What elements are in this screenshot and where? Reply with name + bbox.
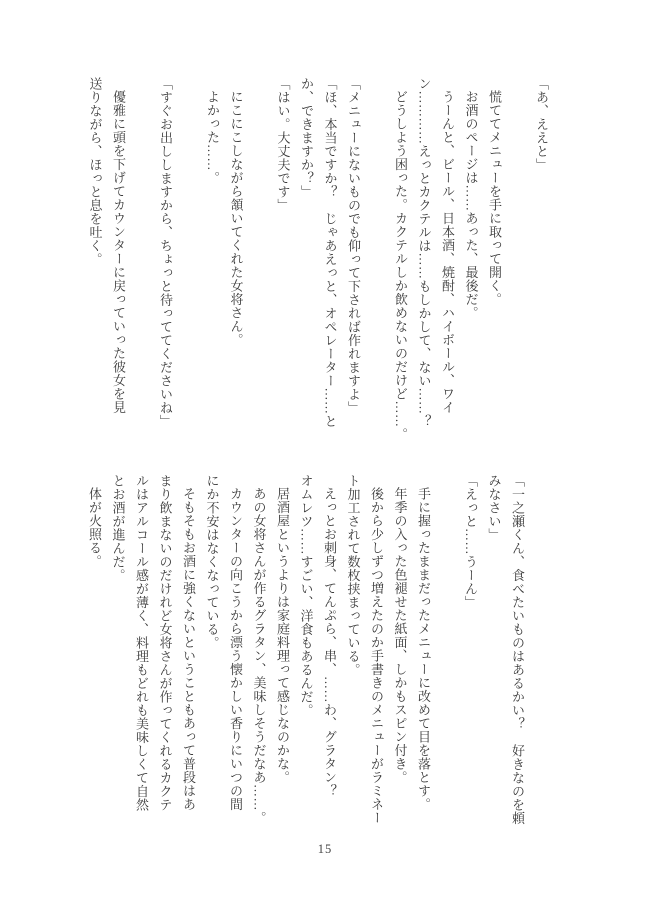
text-line: 体が火照る。 <box>83 474 107 828</box>
text-line: 「ほ、本当ですか？ じゃあえっと、オペレーター……と <box>318 77 342 431</box>
text-line: とお酒が進んだ。 <box>106 474 130 828</box>
text-line: あの女将さんが作るグラタン、美味しそうだなあ……。 <box>247 474 271 828</box>
page-number: 15 <box>0 842 650 857</box>
text-line: 送りながら、ほっと息を吐く。 <box>83 77 107 431</box>
text-line: えっとお刺身、てんぷら、串、……わ、グラタン？ <box>318 474 342 828</box>
text-line: 「えっと……うーん」 <box>459 474 483 828</box>
text-line: オムレツ……すごい、洋食もあるんだ。 <box>294 474 318 828</box>
blank-line <box>506 77 530 431</box>
text-line: 「メニューにないものでも仰って下されば作れますよ」 <box>342 77 366 431</box>
text-line: みなさい」 <box>482 474 506 828</box>
text-line: 慌ててメニューを手に取って開く。 <box>483 77 507 431</box>
text-line: ルはアルコール感が薄く、料理もどれも美味しくて自然 <box>130 474 154 828</box>
text-line: 「はい。大丈夫です」 <box>271 77 295 431</box>
text-line: どうしよう困った。カクテルしか飲めないのだけど……。 <box>389 77 413 431</box>
text-line: 年季の入った色褪せた紙面、しかもスピン付き。 <box>388 474 412 828</box>
blank-line <box>177 77 201 431</box>
text-line: 「一之瀬くん、食べたいものはあるかい？ 好きなのを頼 <box>506 474 530 828</box>
text-line: よかった……。 <box>201 77 225 431</box>
text-line: 「すぐお出ししますから、ちょっと待っててくださいね」 <box>154 77 178 431</box>
text-line: お酒のページは……あった、最後だ。 <box>459 77 483 431</box>
text-line: 居酒屋というよりは家庭料理って感じなのかな。 <box>271 474 295 828</box>
blank-line <box>435 474 459 828</box>
text-line: まり飲まないのだけれど女将さんが作ってくれるカクテ <box>153 474 177 828</box>
text-line: カウンターの向こうから漂う懐かしい香りにいつの間 <box>224 474 248 828</box>
text-line: うーんと、ビール、日本酒、焼酎、ハイボール、ワイ <box>436 77 460 431</box>
text-line: そもそもお酒に強くないということもあって普段はあ <box>177 474 201 828</box>
novel-page: 「あ、ええと」 慌ててメニューを手に取って開く。お酒のページは……あった、最後だ… <box>0 0 650 912</box>
vertical-text-block-top: 「あ、ええと」 慌ててメニューを手に取って開く。お酒のページは……あった、最後だ… <box>83 77 553 431</box>
text-line: にこにこしながら頷いてくれた女将さん。 <box>224 77 248 431</box>
text-line: 手に握ったままだったメニューに改めて目を落とす。 <box>412 474 436 828</box>
text-line: にか不安はなくなっている。 <box>200 474 224 828</box>
text-line: 後から少しずつ増えたのか手書きのメニューがラミネー <box>365 474 389 828</box>
text-line: 「あ、ええと」 <box>530 77 554 431</box>
blank-line <box>365 77 389 431</box>
blank-line <box>248 77 272 431</box>
text-line: 優雅に頭を下げてカウンターに戻っていった彼女を見 <box>107 77 131 431</box>
text-line: か、できますか？」 <box>295 77 319 431</box>
vertical-text-block-bottom: 「一之瀬くん、食べたいものはあるかい？ 好きなのを頼みなさい」「えっと……うーん… <box>83 474 530 828</box>
text-line: ン…………えっとカクテルは……もしかして、ない……？ <box>412 77 436 431</box>
blank-line <box>130 77 154 431</box>
text-line: ト加工されて数枚挟まっている。 <box>341 474 365 828</box>
